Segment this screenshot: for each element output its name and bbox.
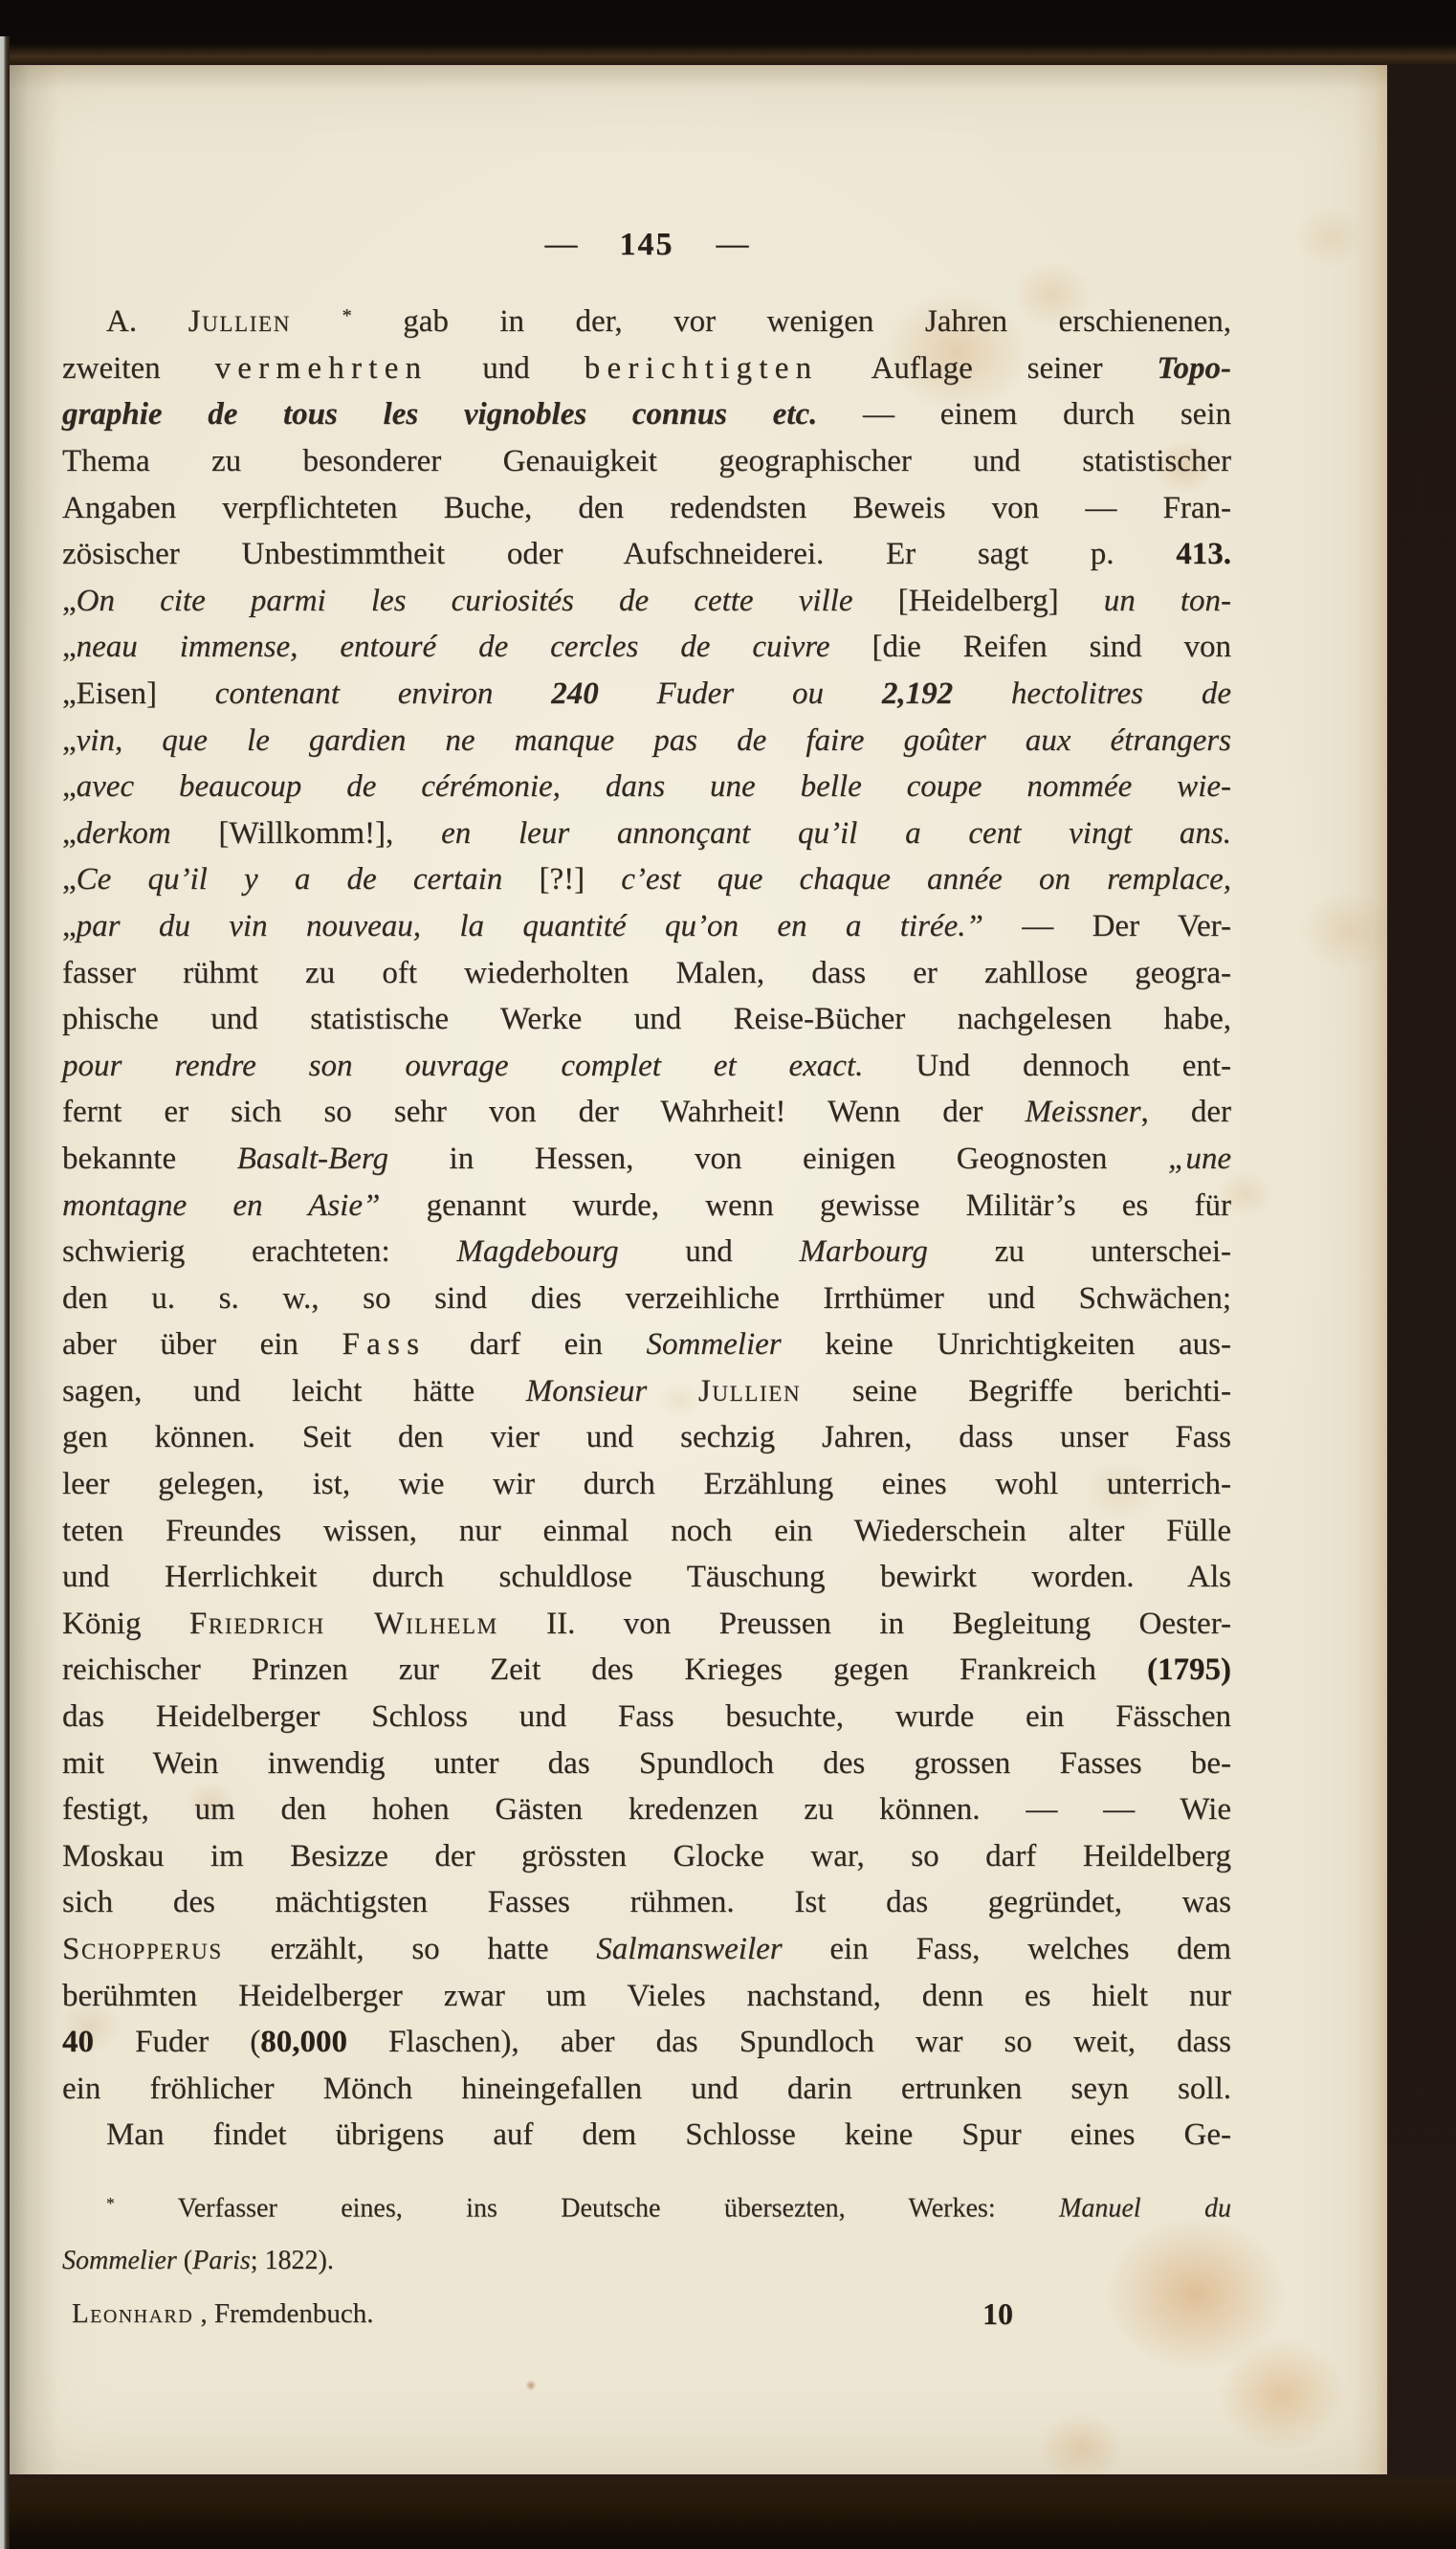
text-line: „derkom [Willkomm!], en leur annonçant q…	[62, 810, 1231, 857]
text-line: phische und statistische Werke und Reise…	[62, 996, 1231, 1043]
text-line: das Heidelberger Schloss und Fass besuch…	[62, 1694, 1231, 1740]
sheet-number: 10	[982, 2294, 1013, 2333]
footnote: * Verfasser eines, ins Deutsche übersezt…	[62, 2178, 1231, 2287]
text-line: Sommelier (Paris; 1822).	[62, 2235, 1231, 2287]
text-line: 40 Fuder (80,000 Flaschen), aber das Spu…	[62, 2019, 1231, 2066]
text-line: König Friedrich Wilhelm II. von Preussen…	[62, 1601, 1231, 1648]
text-line: graphie de tous les vignobles connus etc…	[62, 391, 1231, 438]
text-line: berühmten Heidelberger zwar um Vieles na…	[62, 1973, 1231, 2020]
text-line: pour rendre son ouvrage complet et exact…	[62, 1043, 1231, 1090]
text-line: sich des mächtigsten Fasses rühmen. Ist …	[62, 1879, 1231, 1926]
text-line: fernt er sich so sehr von der Wahrheit! …	[62, 1089, 1231, 1136]
text-line: „neau immense, entouré de cercles de cui…	[62, 624, 1231, 671]
text-line: teten Freundes wissen, nur einmal noch e…	[62, 1508, 1231, 1555]
text-line: montagne en Asie” genannt wurde, wenn ge…	[62, 1183, 1231, 1230]
text-line: „On cite parmi les curiosités de cette v…	[62, 578, 1231, 625]
text-line: zweiten vermehrten und berichtigten Aufl…	[62, 345, 1231, 392]
text-line: reichischer Prinzen zur Zeit des Krieges…	[62, 1647, 1231, 1694]
text-line: A. Jullien * gab in der, vor wenigen Jah…	[62, 293, 1231, 345]
text-line: „Eisen] contenant environ 240 Fuder ou 2…	[62, 671, 1231, 718]
text-line: sagen, und leicht hätte Monsieur Jullien…	[62, 1368, 1231, 1415]
text-line: fasser rühmt zu oft wiederholten Malen, …	[62, 950, 1231, 997]
book-page: — 145 — A. Jullien * gab in der, vor wen…	[10, 65, 1387, 2474]
folio-number: 145	[620, 226, 674, 264]
folio-dash-left: —	[545, 230, 578, 260]
text-line: Schopperus erzählt, so hatte Salmansweil…	[62, 1926, 1231, 1973]
text-line: mit Wein inwendig unter das Spundloch de…	[62, 1740, 1231, 1787]
folio-dash-right: —	[717, 230, 749, 260]
text-line: Angaben verpflichteten Buche, den redend…	[62, 485, 1231, 532]
text-line: „vin, que le gardien ne manque pas de fa…	[62, 718, 1231, 765]
text-line: „par du vin nouveau, la quantité qu’on e…	[62, 903, 1231, 950]
text-line: „avec beaucoup de cérémonie, dans une be…	[62, 764, 1231, 810]
text-line: * Verfasser eines, ins Deutsche übersezt…	[62, 2178, 1231, 2235]
text-line: Man findet übrigens auf dem Schlosse kei…	[62, 2112, 1231, 2159]
text-line: festigt, um den hohen Gästen kredenzen z…	[62, 1786, 1231, 1833]
page-header: — 145 —	[62, 226, 1231, 264]
text-line: schwierig erachteten: Magdebourg und Mar…	[62, 1229, 1231, 1275]
text-line: Moskau im Besizze der grössten Glocke wa…	[62, 1833, 1231, 1880]
scan-left-edge	[0, 36, 10, 2549]
text-line: aber über ein Fass darf ein Sommelier ke…	[62, 1321, 1231, 1368]
signature-line: Leonhard , Fremdenbuch. 10	[62, 2294, 1231, 2333]
text-line: Thema zu besonderer Genauigkeit geograph…	[62, 438, 1231, 485]
text-line: ein fröhlicher Mönch hineingefallen und …	[62, 2066, 1231, 2113]
text-line: gen können. Seit den vier und sechzig Ja…	[62, 1414, 1231, 1461]
text-line: zösischer Unbestimmtheit oder Aufschneid…	[62, 531, 1231, 578]
text-line: leer gelegen, ist, wie wir durch Erzählu…	[62, 1461, 1231, 1508]
body-text: A. Jullien * gab in der, vor wenigen Jah…	[62, 293, 1231, 2159]
text-line: und Herrlichkeit durch schuldlose Täusch…	[62, 1554, 1231, 1601]
text-line: bekannte Basalt-Berg in Hessen, von eini…	[62, 1136, 1231, 1183]
book-signature: Leonhard , Fremdenbuch.	[62, 2298, 374, 2329]
text-line: „Ce qu’il y a de certain [?!] c’est que …	[62, 856, 1231, 903]
text-block: — 145 — A. Jullien * gab in der, vor wen…	[62, 65, 1231, 2333]
text-line: den u. s. w., so sind dies verzeihliche …	[62, 1275, 1231, 1322]
scanned-book-photo: — 145 — A. Jullien * gab in der, vor wen…	[0, 0, 1456, 2549]
